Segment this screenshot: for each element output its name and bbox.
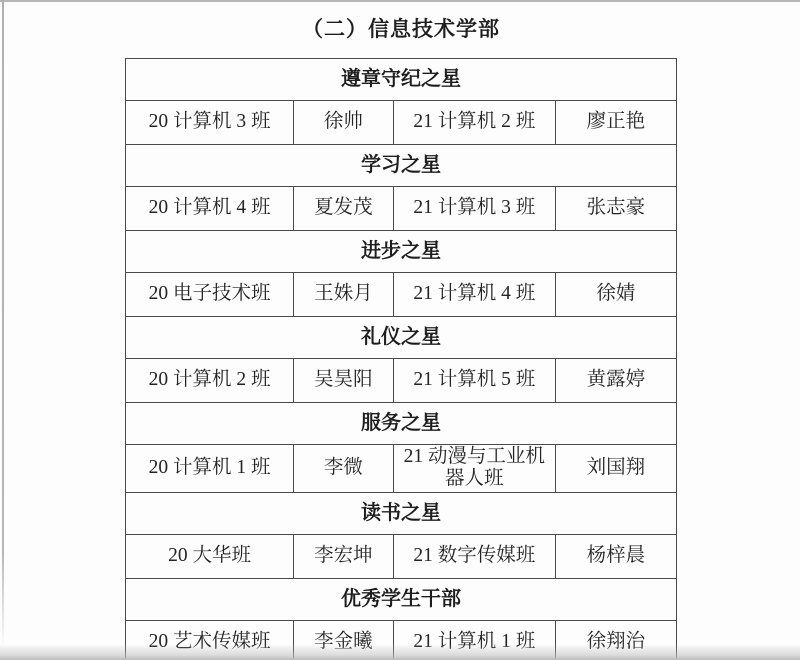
winner-row: 20 计算机 2 班吴昊阳21 计算机 5 班黄露婷 <box>126 359 677 403</box>
student-name-cell: 王姝月 <box>294 273 394 317</box>
award-table-body: 遵章守纪之星20 计算机 3 班徐帅21 计算机 2 班廖正艳学习之星20 计算… <box>126 59 677 660</box>
student-name-cell: 杨梓晨 <box>555 534 676 578</box>
student-name-cell: 黄露婷 <box>555 359 676 403</box>
student-name-cell: 李微 <box>294 445 394 493</box>
student-name-cell: 廖正艳 <box>555 101 676 145</box>
class-cell: 21 动漫与工业机器人班 <box>393 445 555 493</box>
award-title-row: 读书之星 <box>126 492 677 534</box>
winner-row: 20 计算机 1 班李微21 动漫与工业机器人班刘国翔 <box>126 445 677 493</box>
winner-row: 20 大华班李宏坤21 数字传媒班杨梓晨 <box>126 534 677 578</box>
document-page: （二）信息技术学部 遵章守纪之星20 计算机 3 班徐帅21 计算机 2 班廖正… <box>0 0 800 660</box>
page-title: （二）信息技术学部 <box>125 13 677 43</box>
award-title-row: 学习之星 <box>126 145 677 187</box>
class-cell: 21 数字传媒班 <box>393 534 555 578</box>
award-name: 进步之星 <box>126 231 677 273</box>
student-name-cell: 吴昊阳 <box>294 359 394 403</box>
award-name: 优秀学生干部 <box>126 578 677 620</box>
class-cell: 20 计算机 1 班 <box>126 445 294 493</box>
class-cell: 21 计算机 4 班 <box>393 273 555 317</box>
student-name-cell: 张志豪 <box>555 187 676 231</box>
student-name-cell: 李宏坤 <box>294 534 394 578</box>
student-name-cell: 刘国翔 <box>555 445 676 493</box>
class-cell: 21 计算机 5 班 <box>393 359 555 403</box>
award-table: 遵章守纪之星20 计算机 3 班徐帅21 计算机 2 班廖正艳学习之星20 计算… <box>125 58 677 660</box>
student-name-cell: 夏发茂 <box>294 187 394 231</box>
winner-row: 20 计算机 3 班徐帅21 计算机 2 班廖正艳 <box>126 101 677 145</box>
award-name: 服务之星 <box>126 403 677 445</box>
award-title-row: 服务之星 <box>126 403 677 445</box>
winner-row: 20 计算机 4 班夏发茂21 计算机 3 班张志豪 <box>126 187 677 231</box>
class-cell: 20 计算机 4 班 <box>126 187 294 231</box>
student-name-cell: 徐帅 <box>294 101 394 145</box>
class-cell: 21 计算机 3 班 <box>393 187 555 231</box>
student-name-cell: 徐婧 <box>555 273 676 317</box>
award-title-row: 遵章守纪之星 <box>126 59 677 101</box>
photo-edge-top <box>0 0 800 2</box>
winner-row: 20 电子技术班王姝月21 计算机 4 班徐婧 <box>126 273 677 317</box>
class-cell: 21 计算机 2 班 <box>393 101 555 145</box>
class-cell: 20 电子技术班 <box>126 273 294 317</box>
photo-edge-left <box>2 0 4 648</box>
award-name: 学习之星 <box>126 145 677 187</box>
award-name: 读书之星 <box>126 492 677 534</box>
award-name: 遵章守纪之星 <box>126 59 677 101</box>
class-cell: 20 计算机 2 班 <box>126 359 294 403</box>
award-name: 礼仪之星 <box>126 317 677 359</box>
photo-edge-bottom <box>0 644 800 660</box>
class-cell: 20 计算机 3 班 <box>126 101 294 145</box>
class-cell: 20 大华班 <box>126 534 294 578</box>
award-title-row: 优秀学生干部 <box>126 578 677 620</box>
award-title-row: 礼仪之星 <box>126 317 677 359</box>
award-title-row: 进步之星 <box>126 231 677 273</box>
